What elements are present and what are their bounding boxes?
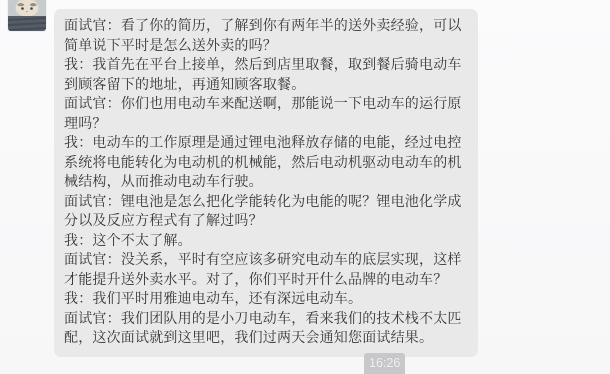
- message-text: 看了你的简历，了解到你有两年半的送外卖经验，可以简单说下平时是怎么送外卖的吗？: [64, 17, 462, 53]
- message: 面试官：看了你的简历，了解到你有两年半的送外卖经验，可以简单说下平时是怎么送外卖…: [64, 16, 468, 55]
- sender-avatar[interactable]: [8, 0, 46, 31]
- speaker-label: 面试官：: [64, 193, 121, 209]
- message: 面试官：锂电池是怎么把化学能转化为电能的呢？锂电池化学成分以及反应方程式有了解过…: [64, 192, 468, 231]
- chat-bubble: 面试官：看了你的简历，了解到你有两年半的送外卖经验，可以简单说下平时是怎么送外卖…: [54, 9, 478, 357]
- message-text: 我们平时用雅迪电动车，还有深远电动车。: [92, 290, 362, 306]
- message: 我：这个不太了解。: [64, 231, 468, 251]
- cat-avatar-image: [8, 0, 46, 31]
- message: 面试官：你们也用电动车来配送啊，那能说一下电动车的运行原理吗？: [64, 94, 468, 133]
- speaker-label: 面试官：: [64, 310, 121, 326]
- chat-screen: 面试官：看了你的简历，了解到你有两年半的送外卖经验，可以简单说下平时是怎么送外卖…: [0, 0, 610, 374]
- message-text: 没关系，平时有空应该多研究电动车的底层实现，这样才能提升送外卖水平。对了，你们平…: [64, 251, 462, 287]
- message: 我：我们平时用雅迪电动车，还有深远电动车。: [64, 289, 468, 309]
- message-text: 锂电池是怎么把化学能转化为电能的呢？锂电池化学成分以及反应方程式有了解过吗？: [64, 193, 462, 229]
- speaker-label: 面试官：: [64, 251, 121, 267]
- message-text: 这个不太了解。: [92, 232, 191, 248]
- message-list: 面试官：看了你的简历，了解到你有两年半的送外卖经验，可以简单说下平时是怎么送外卖…: [64, 16, 468, 348]
- speaker-label: 我：: [64, 232, 92, 248]
- speaker-label: 我：: [64, 134, 92, 150]
- message-text: 电动车的工作原理是通过锂电池释放存储的电能，经过电控系统将电能转化为电动机的机械…: [64, 134, 462, 189]
- message: 面试官：我们团队用的是小刀电动车，看来我们的技术栈不太匹配，这次面试就到这里吧，…: [64, 309, 468, 348]
- message: 面试官：没关系，平时有空应该多研究电动车的底层实现，这样才能提升送外卖水平。对了…: [64, 250, 468, 289]
- message-text: 我首先在平台上接单，然后到店里取餐，取到餐后骑电动车到顾客留下的地址，再通知顾客…: [64, 56, 462, 92]
- speaker-label: 我：: [64, 56, 92, 72]
- message-text: 我们团队用的是小刀电动车，看来我们的技术栈不太匹配，这次面试就到这里吧，我们过两…: [64, 310, 462, 346]
- message: 我：我首先在平台上接单，然后到店里取餐，取到餐后骑电动车到顾客留下的地址，再通知…: [64, 55, 468, 94]
- speaker-label: 我：: [64, 290, 92, 306]
- message: 我：电动车的工作原理是通过锂电池释放存储的电能，经过电控系统将电能转化为电动机的…: [64, 133, 468, 192]
- message-text: 你们也用电动车来配送啊，那能说一下电动车的运行原理吗？: [64, 95, 462, 131]
- speaker-label: 面试官：: [64, 95, 121, 111]
- timestamp-badge: 16:26: [364, 353, 405, 374]
- speaker-label: 面试官：: [64, 17, 121, 33]
